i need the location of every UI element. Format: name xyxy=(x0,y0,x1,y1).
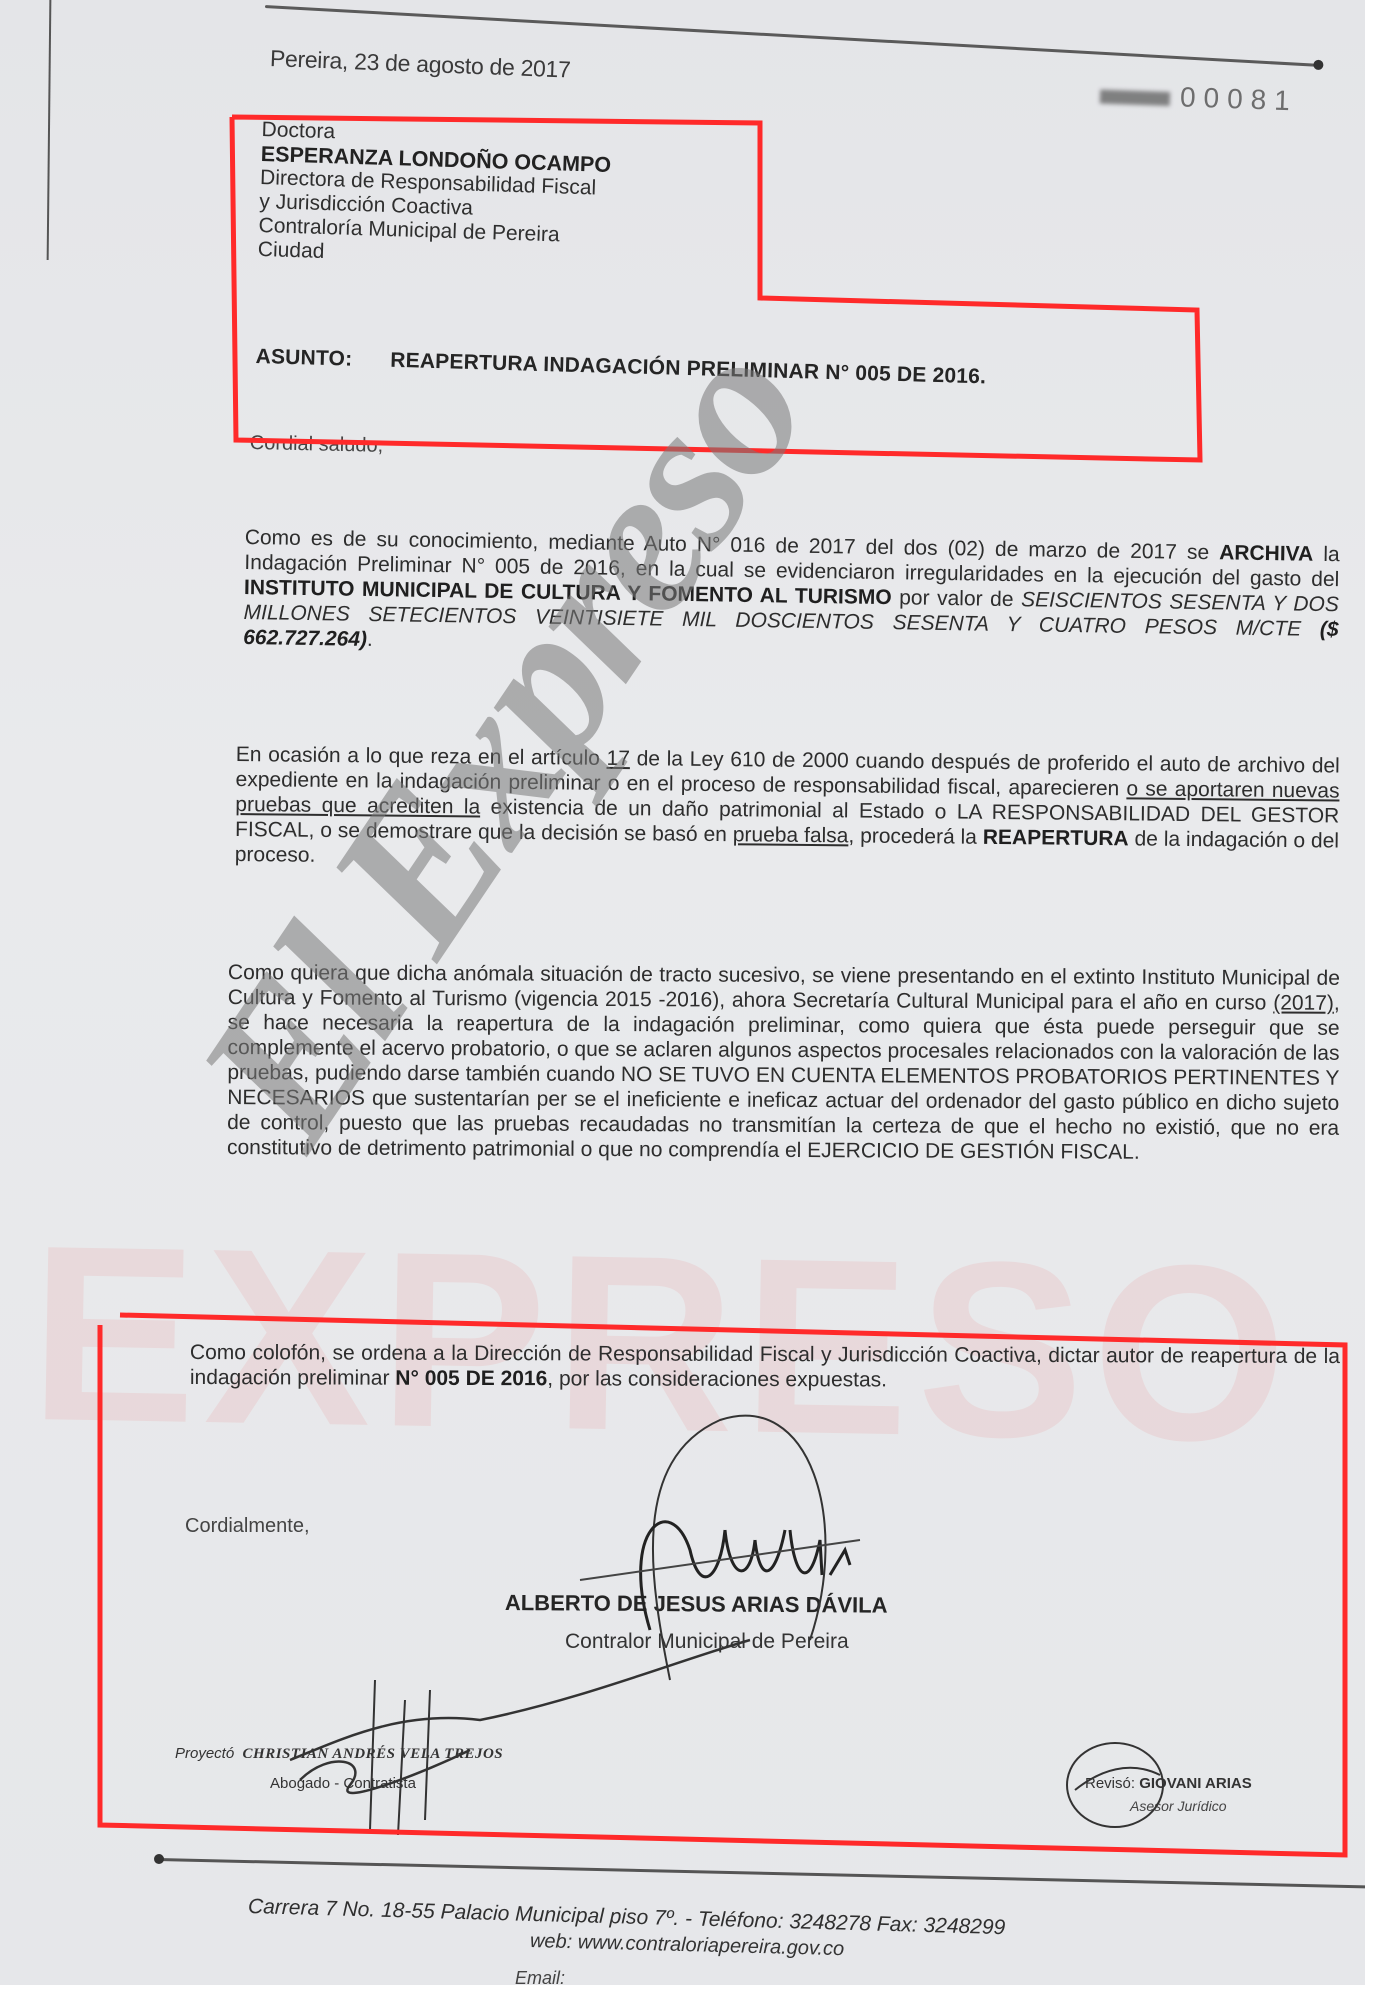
paragraph-4: Como colofón, se ordena a la Dirección d… xyxy=(190,1340,1340,1394)
text-run: , por las consideraciones expuestas. xyxy=(547,1367,887,1391)
prepared-by-label: Proyectó xyxy=(175,1745,234,1762)
stamp-smudge xyxy=(1100,89,1170,105)
text-run-bold: ARCHIVA xyxy=(1219,541,1313,565)
paragraph-1: Como es de su conocimiento, mediante Aut… xyxy=(243,525,1340,667)
year-underlined: (2017) xyxy=(1273,991,1334,1014)
greeting: Cordial saludo, xyxy=(250,432,384,458)
prepared-by: Proyectó CHRISTIAN ANDRÉS VELA TREJOS xyxy=(175,1745,503,1763)
text-run-bold: REAPERTURA xyxy=(983,826,1129,851)
reviewed-by-role: Asesor Jurídico xyxy=(1130,1798,1226,1814)
signer-role: Contralor Municipal de Pereira xyxy=(565,1630,849,1654)
footer-email: Email: xyxy=(515,1968,565,1985)
addressee-block: Doctora ESPERANZA LONDOÑO OCAMPO Directo… xyxy=(257,118,612,273)
text-run: . xyxy=(367,628,373,651)
footer-rule xyxy=(158,1858,1365,1889)
prepared-by-role: Abogado - Contratista xyxy=(270,1775,416,1792)
text-run: , procederá la xyxy=(848,824,983,848)
page-edge-line xyxy=(47,0,52,260)
footer-website: web: www.contraloriapereira.gov.co xyxy=(530,1930,845,1961)
scanned-letter-page: Pereira, 23 de agosto de 2017 00081 EXPR… xyxy=(0,0,1365,1985)
signer-name: ALBERTO DE JESUS ARIAS DÁVILA xyxy=(505,1590,888,1619)
letter-date: Pereira, 23 de agosto de 2017 xyxy=(269,45,571,84)
document-stamp: 00081 xyxy=(1100,79,1299,118)
closing: Cordialmente, xyxy=(185,1515,310,1538)
reviewed-by: Revisó: GIOVANI ARIAS xyxy=(1085,1775,1252,1792)
stamp-number: 00081 xyxy=(1179,81,1298,116)
prepared-by-name: CHRISTIAN ANDRÉS VELA TREJOS xyxy=(243,1746,504,1762)
reviewed-by-name: GIOVANI ARIAS xyxy=(1139,1775,1252,1792)
subject-label: ASUNTO: xyxy=(255,345,352,371)
reviewed-by-label: Revisó: xyxy=(1085,1775,1135,1792)
case-number: N° 005 DE 2016 xyxy=(395,1367,547,1391)
text-run-underlined: prueba falsa xyxy=(733,823,849,847)
text-run: por valor de xyxy=(892,586,1022,611)
